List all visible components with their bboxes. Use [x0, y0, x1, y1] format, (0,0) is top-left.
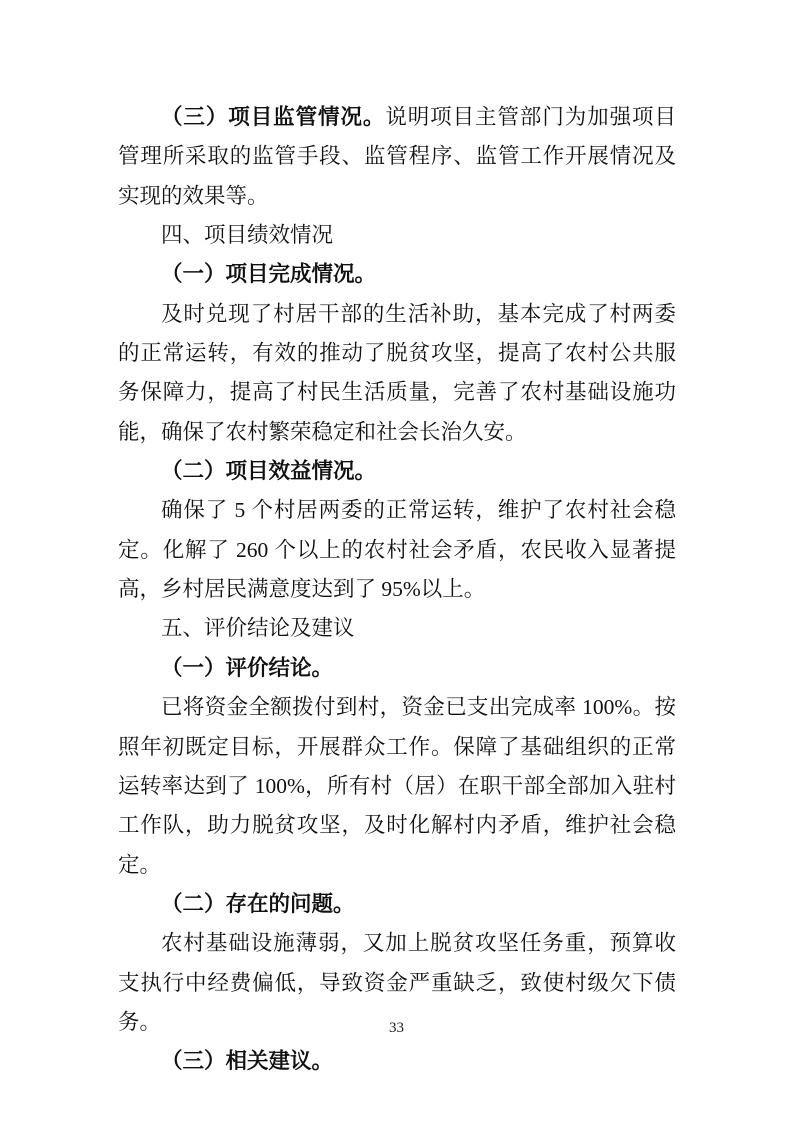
heading-section-5: 五、评价结论及建议 — [118, 609, 676, 648]
subheading-5-3-related-suggestions: （三）相关建议。 — [118, 1042, 676, 1081]
paragraph-project-supervision: （三）项目监管情况。说明项目主管部门为加强项目管理所采取的监管手段、监管程序、监… — [118, 98, 676, 216]
page-number: 33 — [0, 1020, 793, 1037]
paragraph-4-2-project-benefit: 确保了 5 个村居两委的正常运转，维护了农村社会稳定。化解了 260 个以上的农… — [118, 491, 676, 609]
subheading-4-1-project-completion: （一）项目完成情况。 — [118, 255, 676, 294]
document-page: （三）项目监管情况。说明项目主管部门为加强项目管理所采取的监管手段、监管程序、监… — [0, 0, 793, 1122]
paragraph-4-1-project-completion: 及时兑现了村居干部的生活补助，基本完成了村两委的正常运转，有效的推动了脱贫攻坚，… — [118, 295, 676, 452]
subheading-4-2-project-benefit: （二）项目效益情况。 — [118, 452, 676, 491]
subheading-5-1-evaluation-conclusion: （一）评价结论。 — [118, 649, 676, 688]
paragraph-lead-bold: （三）项目监管情况。 — [161, 105, 385, 129]
subheading-5-2-existing-problems: （二）存在的问题。 — [118, 885, 676, 924]
document-body: （三）项目监管情况。说明项目主管部门为加强项目管理所采取的监管手段、监管程序、监… — [118, 98, 676, 1082]
heading-section-4: 四、项目绩效情况 — [118, 216, 676, 255]
paragraph-5-1-evaluation-conclusion: 已将资金全额拨付到村，资金已支出完成率 100%。按照年初既定目标，开展群众工作… — [118, 688, 676, 885]
